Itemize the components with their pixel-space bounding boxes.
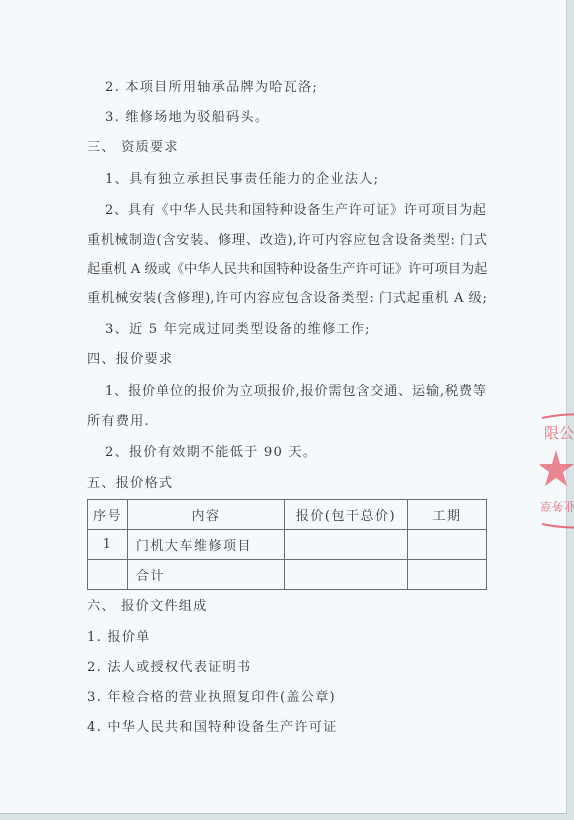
- table-cell: 1: [88, 530, 128, 560]
- list-item: 4. 中华人民共和国特种设备生产许可证: [87, 720, 338, 736]
- text-line: 所有费用.: [87, 414, 150, 430]
- stamp-text-top: 限公: [544, 422, 574, 443]
- document-page: 2. 本项目所用轴承品牌为哈瓦洛; 3. 维修场地为驳船码头。 三、 资质要求 …: [0, 0, 567, 814]
- text-line: 3. 维修场地为驳船码头。: [105, 110, 269, 126]
- section-heading: 四、报价要求: [87, 352, 173, 368]
- header-cell: 内容: [128, 500, 285, 530]
- table-cell: [285, 530, 408, 560]
- list-item: 2. 法人或授权代表证明书: [87, 660, 251, 676]
- stamp-text-bottom: 业务章: [540, 498, 574, 515]
- table-cell: [88, 560, 128, 590]
- table-header-row: 序号 内容 报价(包干总价) 工期: [88, 500, 487, 530]
- company-seal-stamp: 限公 业务章: [540, 412, 574, 530]
- table-row: 1 门机大车维修项目: [88, 530, 487, 560]
- header-cell: 工期: [408, 500, 487, 530]
- text-line: 重机械制造(含安装、修理、改造),许可内容应包含设备类型: 门式: [87, 233, 487, 249]
- table-cell: [408, 530, 487, 560]
- text-line: 2. 本项目所用轴承品牌为哈瓦洛;: [105, 80, 318, 96]
- quote-table: 序号 内容 报价(包干总价) 工期 1 门机大车维修项目 合计: [87, 499, 487, 590]
- section-heading: 三、 资质要求: [87, 140, 179, 156]
- star-icon: [540, 450, 574, 486]
- text-line: 重机械安装(含修理),许可内容应包含设备类型: 门式起重机 A 级;: [87, 291, 487, 307]
- list-item: 3. 年检合格的营业执照复印件(盖公章): [87, 690, 336, 706]
- text-line: 2、具有《中华人民共和国特种设备生产许可证》许可项目为起: [105, 203, 486, 219]
- list-item: 1. 报价单: [87, 630, 151, 646]
- table-cell: [285, 560, 408, 590]
- text-line: 2、报价有效期不能低于 90 天。: [105, 445, 317, 461]
- table-cell: [408, 560, 487, 590]
- header-cell: 报价(包干总价): [285, 500, 408, 530]
- text-line: 1、具有独立承担民事责任能力的企业法人;: [105, 172, 379, 188]
- section-heading: 六、 报价文件组成: [87, 599, 208, 615]
- table-cell: 门机大车维修项目: [128, 530, 285, 560]
- table-cell: 合计: [128, 560, 285, 590]
- text-line: 起重机 A 级或《中华人民共和国特种设备生产许可证》许可项目为起: [87, 262, 487, 278]
- table-row: 合计: [88, 560, 487, 590]
- header-cell: 序号: [88, 500, 128, 530]
- section-heading: 五、报价格式: [87, 476, 173, 492]
- text-line: 3、近 5 年完成过同类型设备的维修工作;: [105, 322, 371, 338]
- text-line: 1、报价单位的报价为立项报价,报价需包含交通、运输,税费等: [105, 384, 486, 400]
